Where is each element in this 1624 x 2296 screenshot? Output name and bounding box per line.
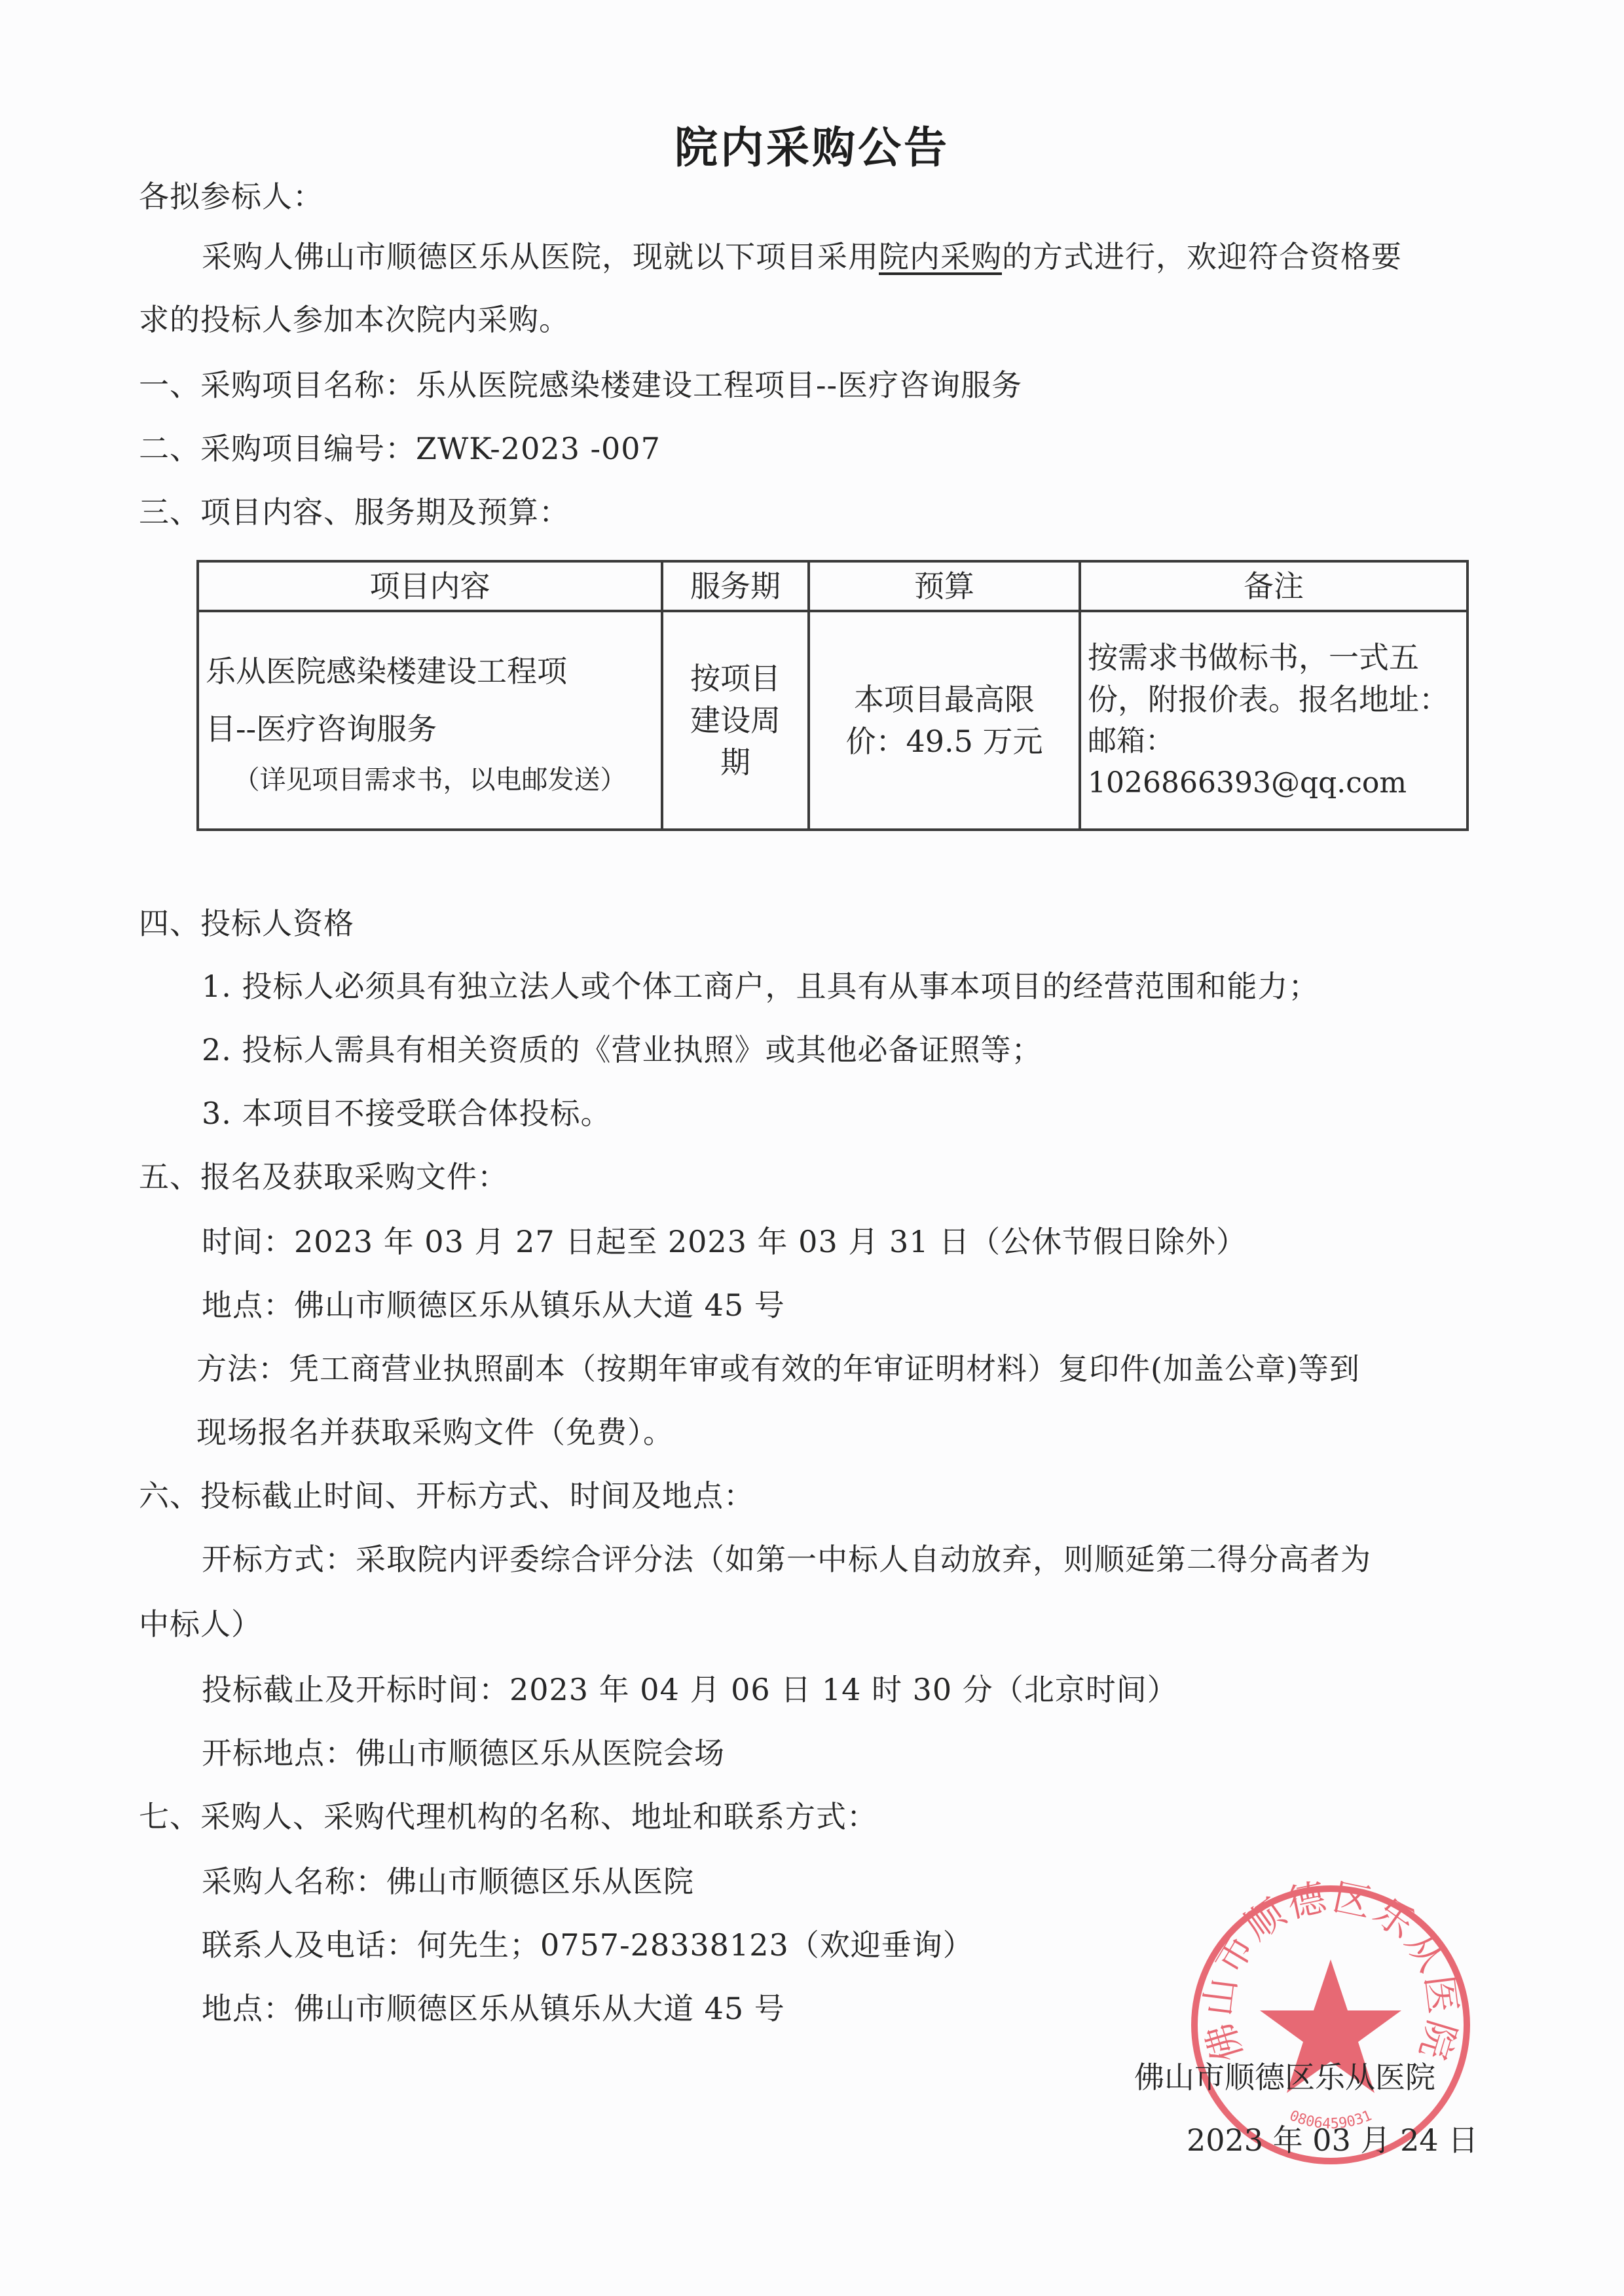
qualification-item: 1. 投标人必须具有独立法人或个体工商户，且具有从事本项目的经营范围和能力； xyxy=(202,967,1319,1006)
budget-line-1: 本项目最高限 xyxy=(817,678,1072,720)
table-cell-remark: 按需求书做标书，一式五 份，附报价表。报名地址： 邮箱：1026866393@q… xyxy=(1080,611,1467,830)
period-line-3: 期 xyxy=(670,741,801,783)
registration-place: 地点：佛山市顺德区乐从镇乐从大道 45 号 xyxy=(202,1286,785,1325)
announcement-page: 院内采购公告 各拟参标人： 采购人佛山市顺德区乐从医院，现就以下项目采用院内采购… xyxy=(0,0,1624,2296)
table-header-row: 项目内容 服务期 预算 备注 xyxy=(198,561,1467,611)
period-line-2: 建设周 xyxy=(670,699,801,741)
table-header-remark: 备注 xyxy=(1080,561,1467,611)
registration-time: 时间：2023 年 03 月 27 日起至 2023 年 03 月 31 日（公… xyxy=(202,1222,1247,1261)
intro-text-2: 的方式进行，欢迎符合资格要 xyxy=(1002,239,1402,274)
content-note: （详见项目需求书，以电邮发送） xyxy=(206,759,654,801)
section-3-heading: 三、项目内容、服务期及预算： xyxy=(139,492,570,532)
remark-email: 邮箱：1026866393@qq.com xyxy=(1088,720,1460,804)
section-7-heading: 七、采购人、采购代理机构的名称、地址和联系方式： xyxy=(139,1797,877,1836)
remark-line-1: 按需求书做标书，一式五 xyxy=(1088,637,1460,678)
table-header-budget: 预算 xyxy=(809,561,1080,611)
salutation: 各拟参标人： xyxy=(139,177,323,216)
bid-deadline: 投标截止及开标时间：2023 年 04 月 06 日 14 时 30 分（北京时… xyxy=(202,1670,1178,1709)
intro-underlined-term: 院内采购 xyxy=(879,239,1002,274)
section-5-heading: 五、报名及获取采购文件： xyxy=(139,1157,508,1196)
purchaser-contact: 联系人及电话：何先生；0757-28338123（欢迎垂询） xyxy=(202,1925,974,1965)
intro-text-1: 采购人佛山市顺德区乐从医院，现就以下项目采用 xyxy=(202,239,879,274)
bid-opening-place: 开标地点：佛山市顺德区乐从医院会场 xyxy=(202,1733,725,1773)
project-table: 项目内容 服务期 预算 备注 乐从医院感染楼建设工程项 目--医疗咨询服务 （详… xyxy=(196,560,1469,831)
table-cell-content: 乐从医院感染楼建设工程项 目--医疗咨询服务 （详见项目需求书，以电邮发送） xyxy=(198,611,662,830)
bid-opening-method: 开标方式：采取院内评委综合评分法（如第一中标人自动放弃，则顺延第二得分高者为 xyxy=(202,1540,1371,1579)
section-4-heading: 四、投标人资格 xyxy=(139,904,354,943)
section-2-project-number: 二、采购项目编号：ZWK-2023 -007 xyxy=(139,429,661,468)
registration-method-line2: 现场报名并获取采购文件（免费）。 xyxy=(196,1413,674,1452)
registration-method: 方法：凭工商营业执照副本（按期年审或有效的年审证明材料）复印件(加盖公章)等到 xyxy=(196,1349,1360,1388)
purchaser-address: 地点：佛山市顺德区乐从镇乐从大道 45 号 xyxy=(202,1989,785,2028)
period-line-1: 按项目 xyxy=(670,657,801,699)
qualification-item: 2. 投标人需具有相关资质的《营业执照》或其他必备证照等； xyxy=(202,1030,1043,1069)
intro-paragraph-line2: 求的投标人参加本次院内采购。 xyxy=(139,300,570,339)
content-line-2: 目--医疗咨询服务 xyxy=(206,703,654,755)
signature-date: 2023 年 03 月 24 日 xyxy=(1187,2120,1478,2160)
remark-line-2: 份，附报价表。报名地址： xyxy=(1088,678,1460,720)
page-title: 院内采购公告 xyxy=(0,113,1624,175)
qualification-item: 3. 本项目不接受联合体投标。 xyxy=(202,1094,612,1133)
section-1-project-name: 一、采购项目名称：乐从医院感染楼建设工程项目--医疗咨询服务 xyxy=(139,365,1022,405)
intro-paragraph: 采购人佛山市顺德区乐从医院，现就以下项目采用院内采购的方式进行，欢迎符合资格要 xyxy=(202,237,1402,276)
table-row: 乐从医院感染楼建设工程项 目--医疗咨询服务 （详见项目需求书，以电邮发送） 按… xyxy=(198,611,1467,830)
content-line-1: 乐从医院感染楼建设工程项 xyxy=(206,640,654,703)
budget-line-2: 价：49.5 万元 xyxy=(817,720,1072,762)
table-cell-period: 按项目 建设周 期 xyxy=(662,611,809,830)
table-header-period: 服务期 xyxy=(662,561,809,611)
bid-opening-method-line2: 中标人） xyxy=(139,1604,262,1644)
section-6-heading: 六、投标截止时间、开标方式、时间及地点： xyxy=(139,1476,754,1515)
signature-org: 佛山市顺德区乐从医院 xyxy=(1134,2058,1435,2097)
purchaser-name: 采购人名称：佛山市顺德区乐从医院 xyxy=(202,1862,694,1901)
table-header-content: 项目内容 xyxy=(198,561,662,611)
table-cell-budget: 本项目最高限 价：49.5 万元 xyxy=(809,611,1080,830)
